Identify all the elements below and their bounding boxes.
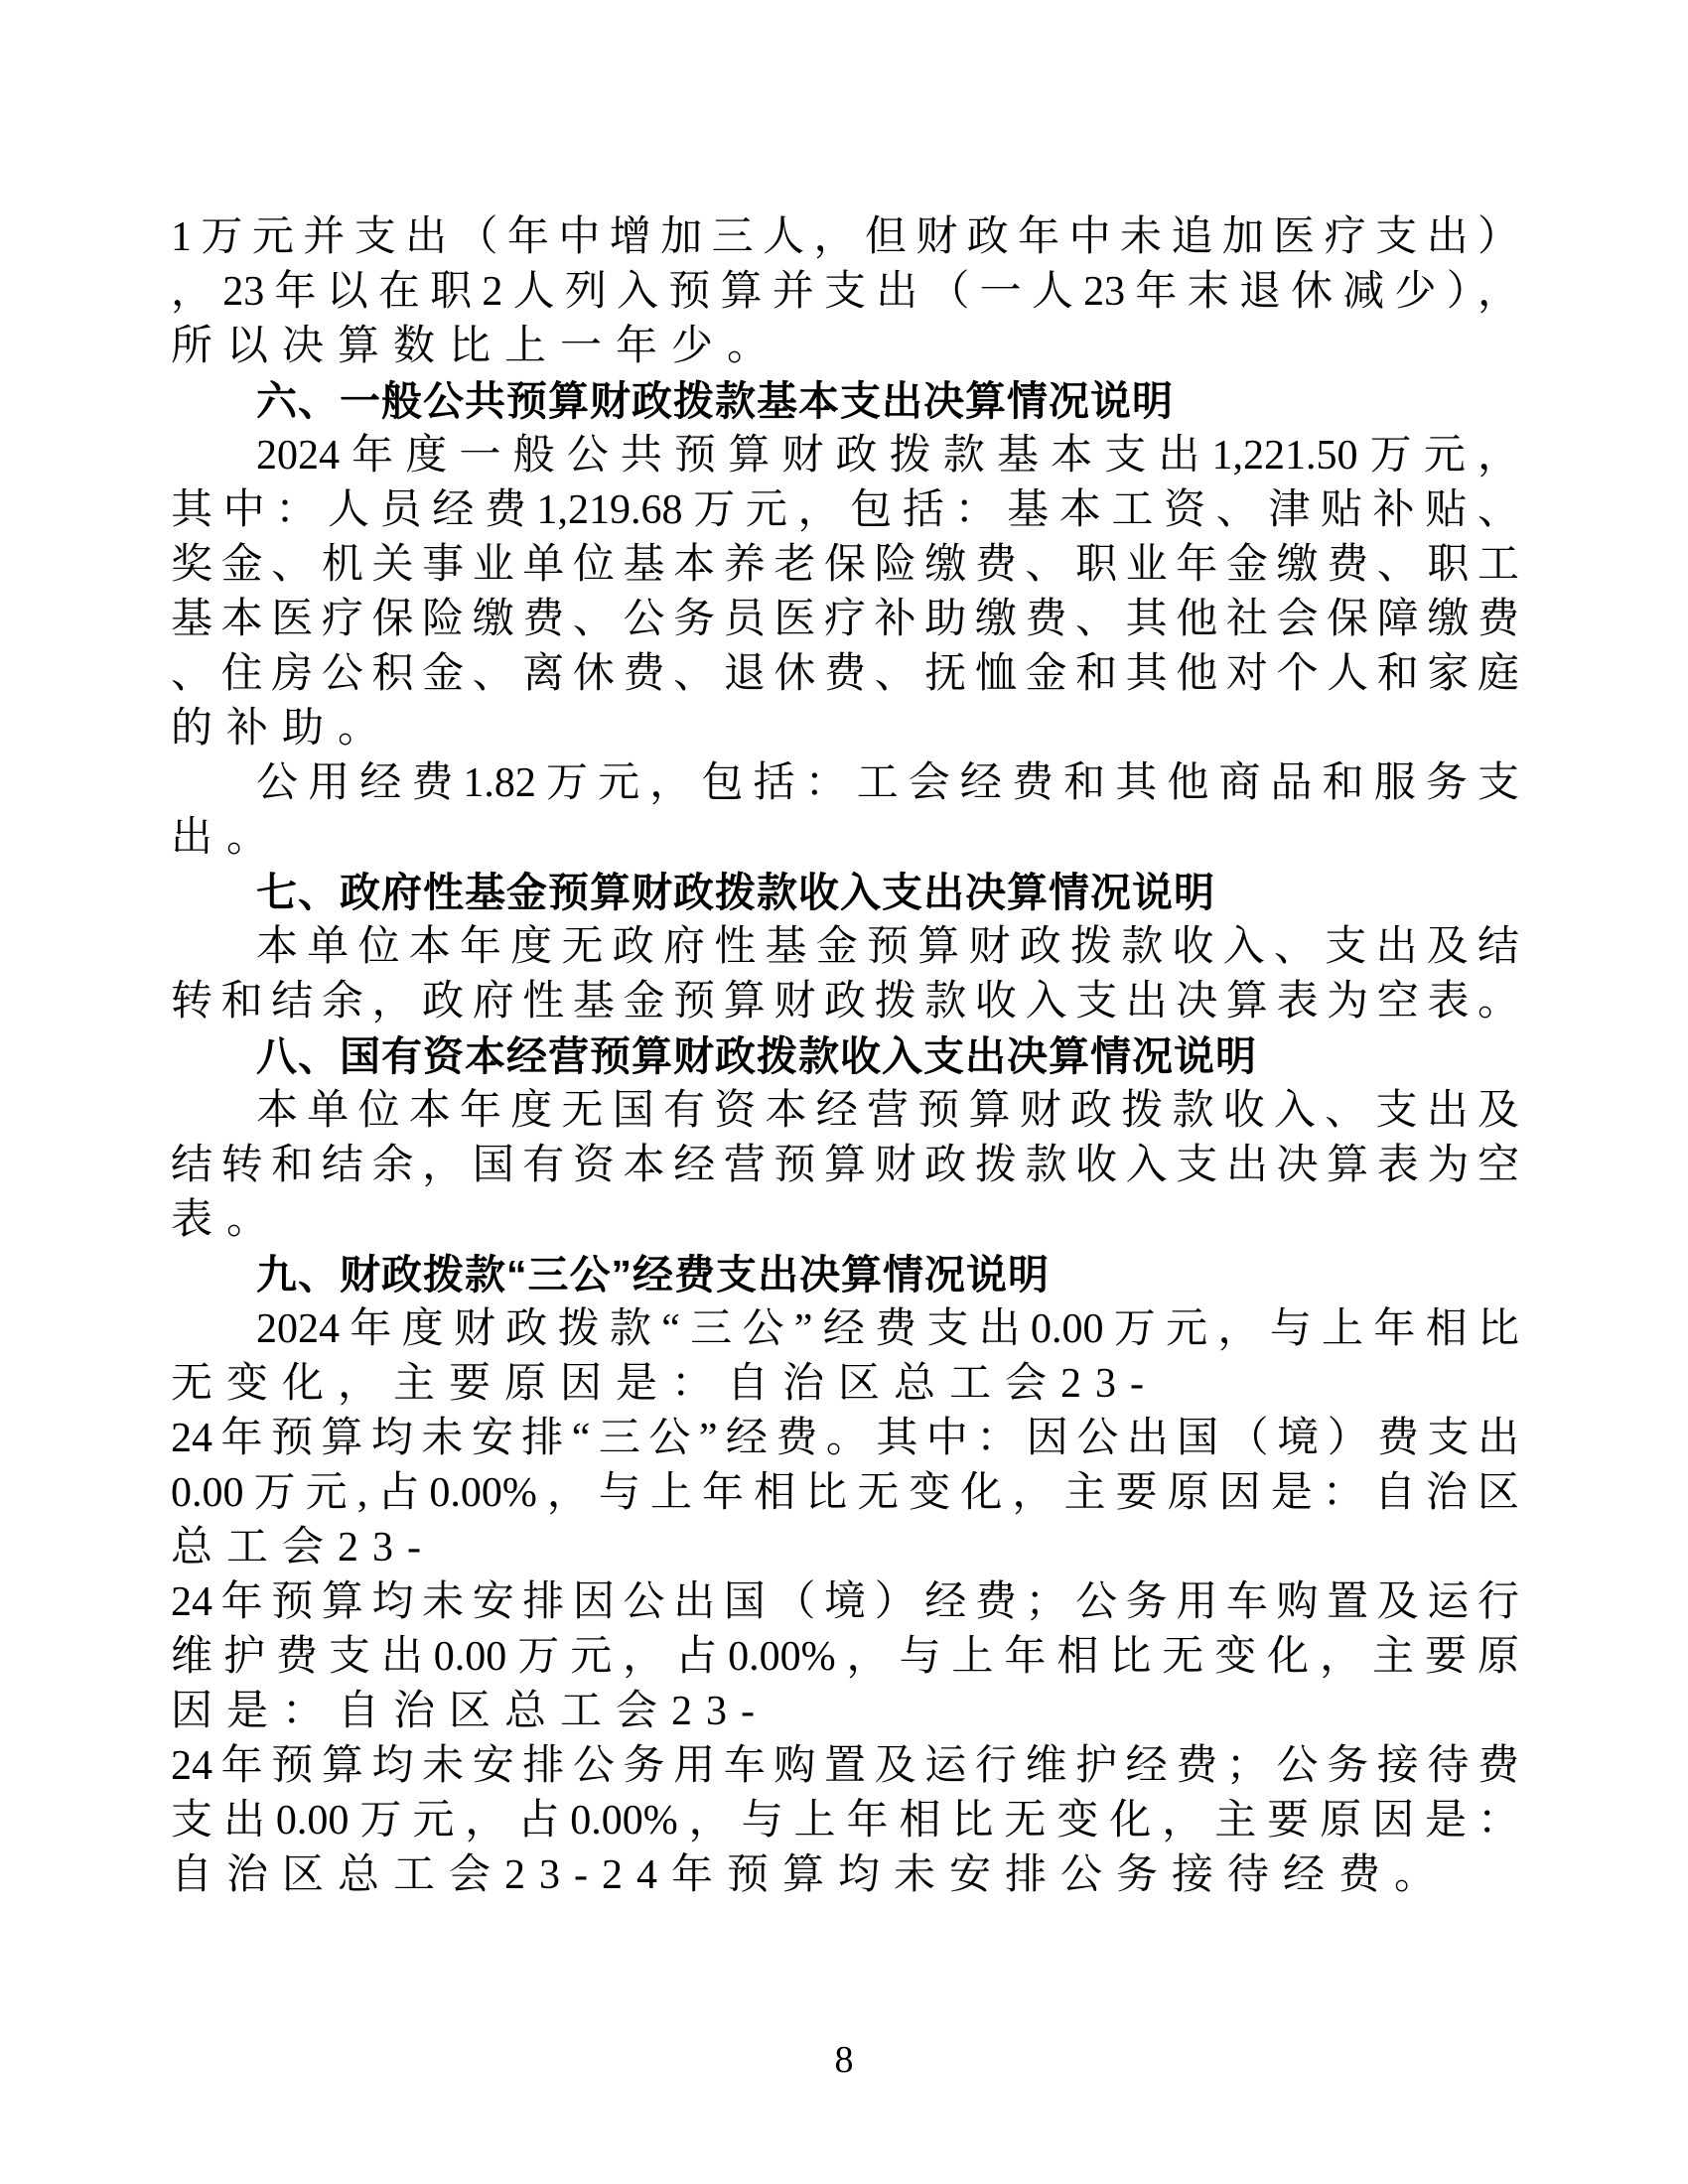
text-line: 2024年度一般公共预算财政拨款基本支出1,221.50万元， bbox=[171, 429, 1519, 483]
text-line: 、住房公积金、离休费、退休费、抚恤金和其他对个人和家庭 bbox=[171, 647, 1519, 702]
section-heading-three-public: 九、财政拨款“三公”经费支出决算情况说明 bbox=[171, 1248, 1519, 1302]
text-line: 支出0.00万元，占0.00%，与上年相比无变化，主要原因是： bbox=[171, 1794, 1519, 1848]
text-line: 本单位本年度无政府性基金预算财政拨款收入、支出及结 bbox=[171, 920, 1519, 975]
text-line: 24年预算均未安排“三公”经费。其中：因公出国（境）费支出 bbox=[171, 1412, 1519, 1466]
text-line: 本单位本年度无国有资本经营预算财政拨款收入、支出及 bbox=[171, 1084, 1519, 1139]
text-line: 表。 bbox=[171, 1193, 1519, 1248]
text-line: 维护费支出0.00万元，占0.00%，与上年相比无变化，主要原 bbox=[171, 1630, 1519, 1685]
text-line: 2024年度财政拨款“三公”经费支出0.00万元，与上年相比 bbox=[171, 1302, 1519, 1357]
text-line: 结转和结余，国有资本经营预算财政拨款收入支出决算表为空 bbox=[171, 1139, 1519, 1193]
document-page: 1万元并支出（年中增加三人，但财政年中未追加医疗支出） ，23年以在职2人列入预… bbox=[0, 0, 1688, 2184]
text-line: 转和结余，政府性基金预算财政拨款收入支出决算表为空表。 bbox=[171, 975, 1519, 1029]
section-heading-basic-expenditure: 六、一般公共预算财政拨款基本支出决算情况说明 bbox=[171, 374, 1519, 429]
text-line: 自治区总工会23-24年预算均未安排公务接待经费。 bbox=[171, 1848, 1519, 1903]
text-line: 奖金、机关事业单位基本养老保险缴费、职业年金缴费、职工 bbox=[171, 538, 1519, 593]
text-line: 基本医疗保险缴费、公务员医疗补助缴费、其他社会保障缴费 bbox=[171, 593, 1519, 647]
text-line: 无变化，主要原因是：自治区总工会23- bbox=[171, 1357, 1519, 1412]
section-heading-state-capital: 八、国有资本经营预算财政拨款收入支出决算情况说明 bbox=[171, 1029, 1519, 1084]
section-heading-govt-fund: 七、政府性基金预算财政拨款收入支出决算情况说明 bbox=[171, 866, 1519, 920]
text-line: 24年预算均未安排公务用车购置及运行维护经费；公务接待费 bbox=[171, 1739, 1519, 1794]
text-line: 总工会23- bbox=[171, 1521, 1519, 1575]
document-text-block: 1万元并支出（年中增加三人，但财政年中未追加医疗支出） ，23年以在职2人列入预… bbox=[171, 210, 1519, 1903]
text-line: 因是：自治区总工会23- bbox=[171, 1685, 1519, 1739]
page-number: 8 bbox=[0, 2037, 1688, 2083]
text-line: 所以决算数比上一年少。 bbox=[171, 320, 1519, 374]
text-line: 24年预算均未安排因公出国（境）经费；公务用车购置及运行 bbox=[171, 1575, 1519, 1630]
text-line: 公用经费1.82万元，包括：工会经费和其他商品和服务支 bbox=[171, 756, 1519, 811]
text-line: 1万元并支出（年中增加三人，但财政年中未追加医疗支出） bbox=[171, 210, 1519, 265]
text-line: 出。 bbox=[171, 811, 1519, 866]
text-line: 0.00万元,占0.00%，与上年相比无变化，主要原因是：自治区 bbox=[171, 1466, 1519, 1521]
text-line: 的补助。 bbox=[171, 702, 1519, 756]
text-line: 其中：人员经费1,219.68万元，包括：基本工资、津贴补贴、 bbox=[171, 483, 1519, 538]
text-line: ，23年以在职2人列入预算并支出（一人23年末退休减少）， bbox=[171, 265, 1519, 320]
